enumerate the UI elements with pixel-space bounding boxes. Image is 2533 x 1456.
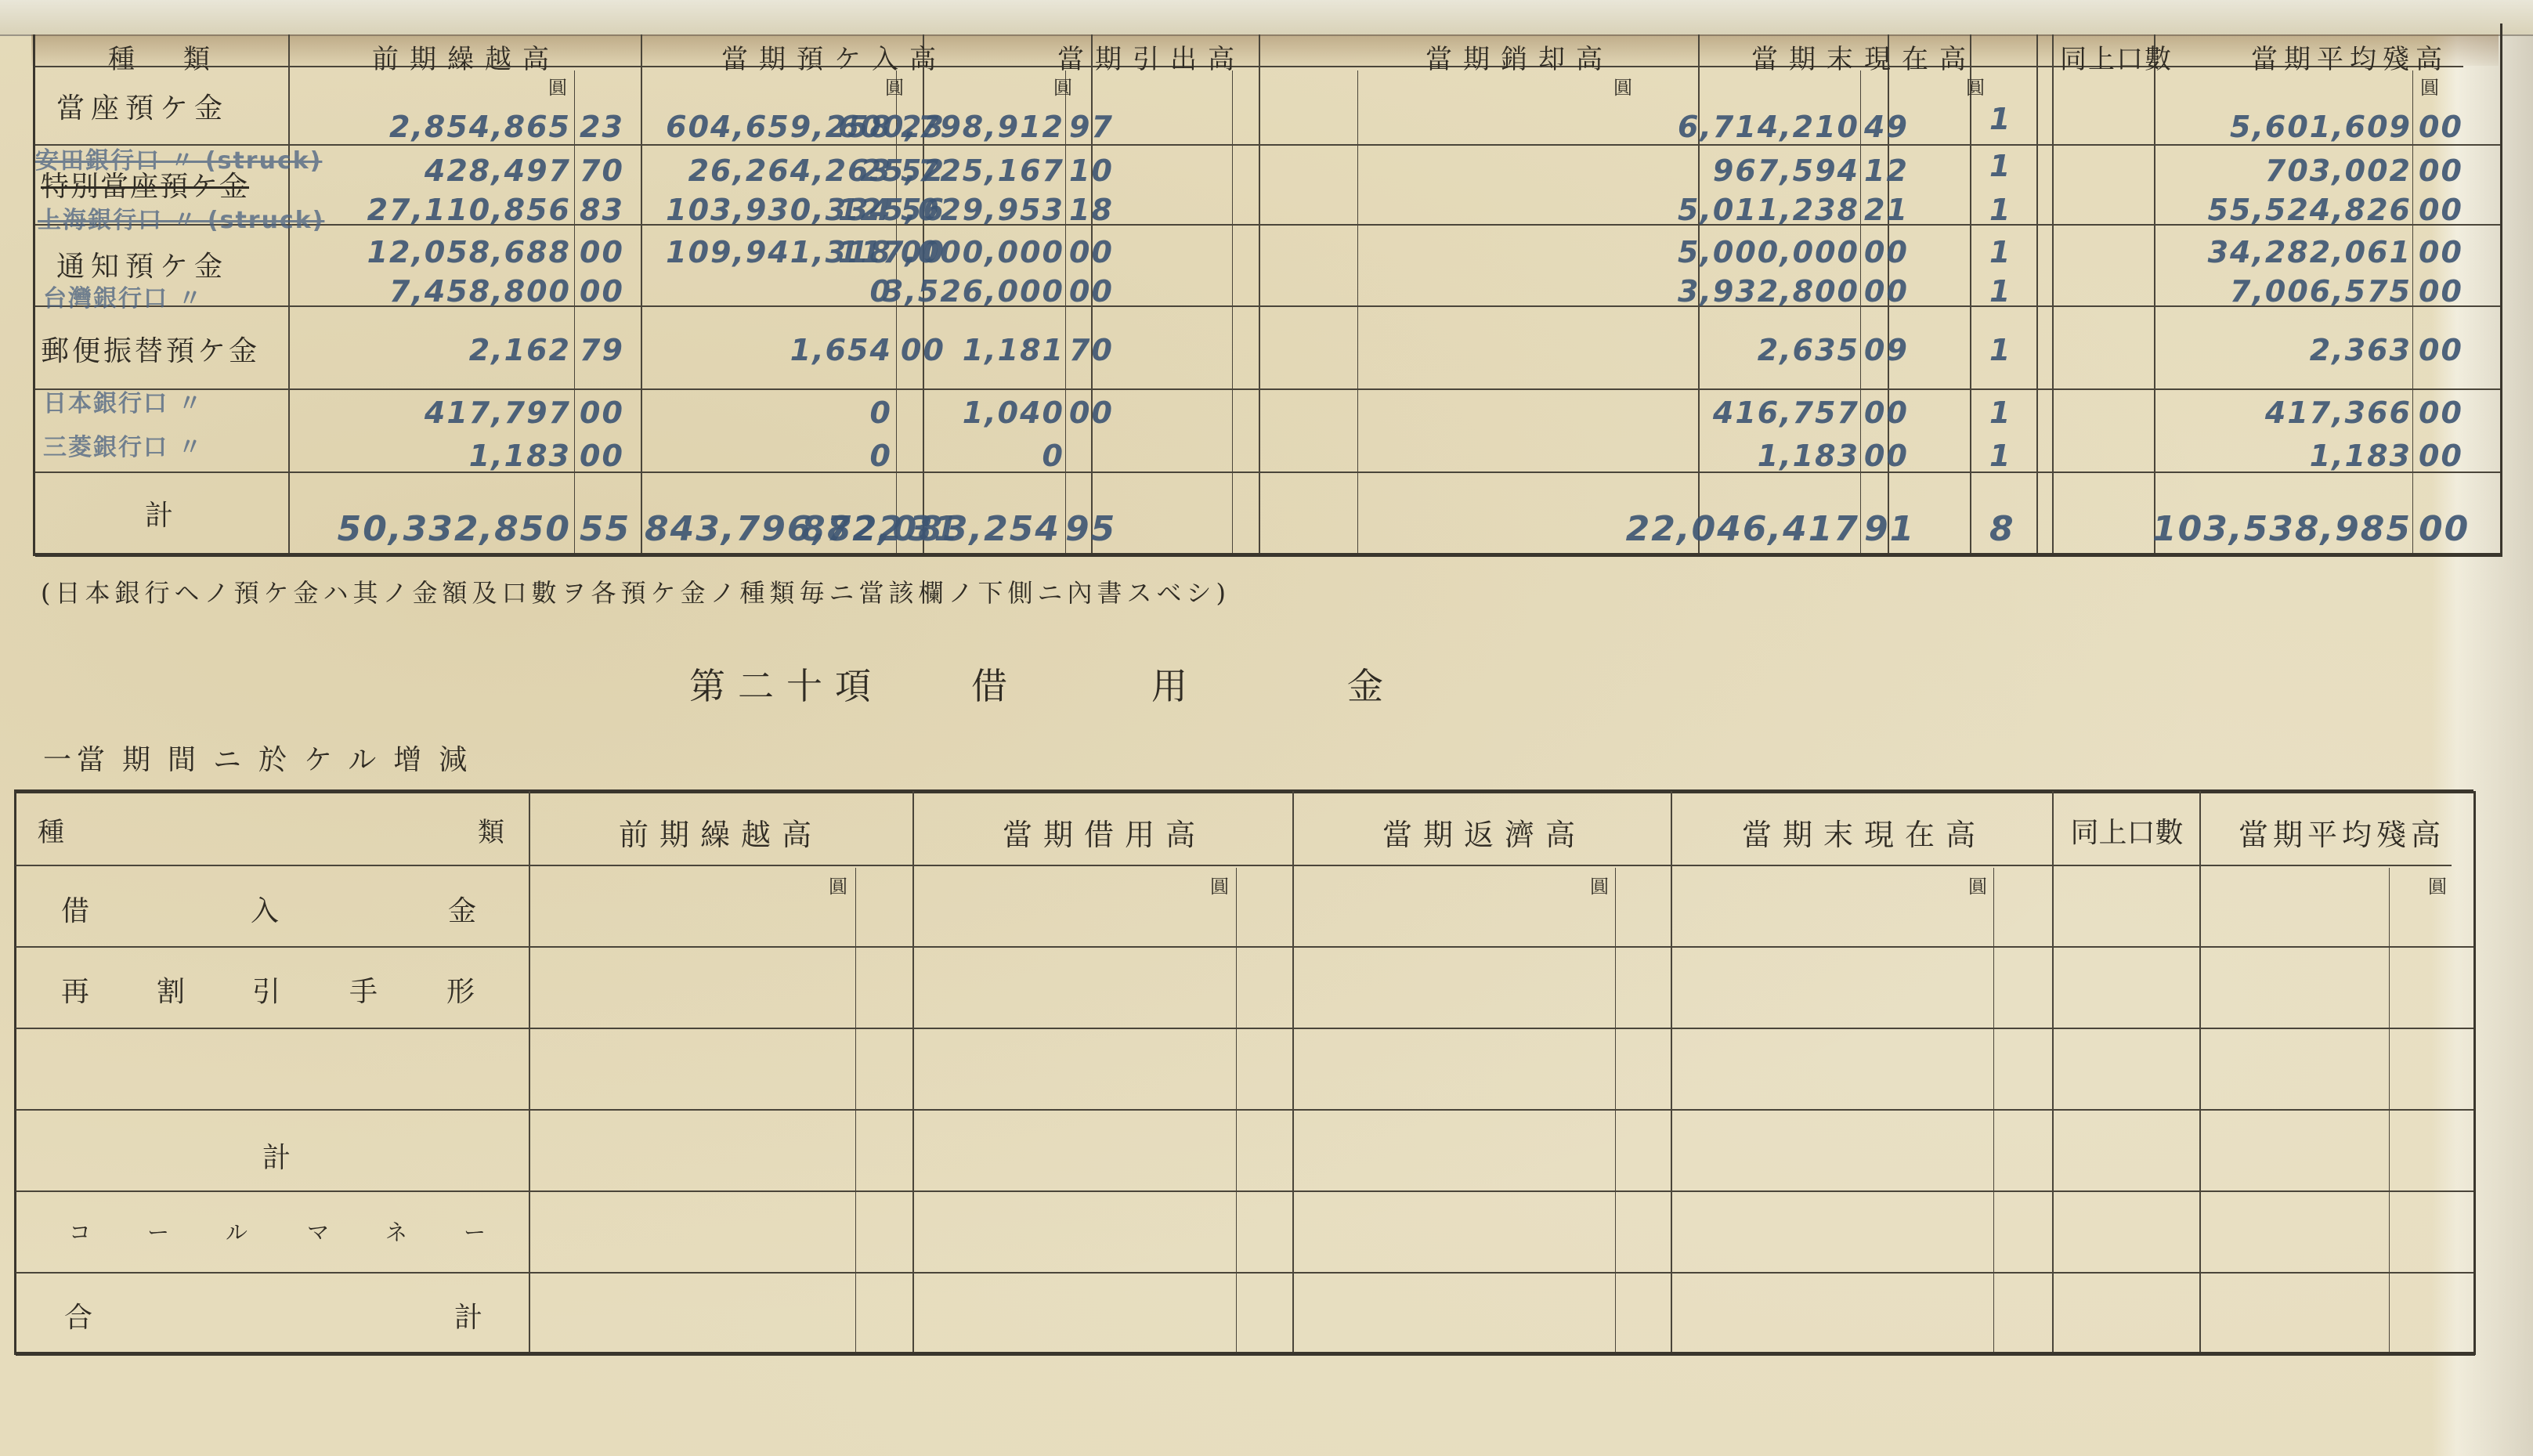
col-sep xyxy=(641,34,642,553)
yen-unit: 圓 xyxy=(1590,871,1609,898)
handwritten-label-shanghai: 上海銀行口 〃 (struck) xyxy=(38,201,324,235)
col-sep xyxy=(2036,34,2038,553)
table2-top-rule xyxy=(14,789,2473,793)
row-rule xyxy=(16,1109,2473,1111)
header-accounts: 同上口數 xyxy=(2046,38,2187,76)
col-sep xyxy=(1259,34,1260,553)
row-label-total: 計 xyxy=(145,493,179,533)
handwritten-label-mitsubishi: 三菱銀行口 〃 xyxy=(43,428,203,462)
table2-bottom-rule xyxy=(16,1352,2475,1356)
col-sep xyxy=(1292,791,1294,1352)
handwritten-label-nippon: 日本銀行口 〃 xyxy=(43,384,203,418)
table1-left-border xyxy=(33,34,35,556)
row-rule xyxy=(16,1028,2473,1029)
yen-unit: 圓 xyxy=(1053,72,1072,99)
col-sep xyxy=(2412,70,2413,553)
table2-left-border xyxy=(14,791,16,1355)
header-end-balance: 當期末現在高 xyxy=(1700,38,2029,76)
header-prev-balance: 前期繰越高 xyxy=(294,38,638,76)
header-type-left: 種 xyxy=(38,811,75,849)
table1-bottom-rule xyxy=(35,553,2502,557)
col-sep xyxy=(1970,34,1971,553)
row-label-postal-transfer-deposits: 郵便振替預ケ金 xyxy=(41,329,260,369)
col-sep xyxy=(1860,70,1861,553)
header-type-right: 類 xyxy=(478,811,515,849)
yen-unit: 圓 xyxy=(2428,871,2447,898)
col-sep xyxy=(2052,34,2054,553)
yen-unit: 圓 xyxy=(1210,871,1229,898)
table2-right-border xyxy=(2473,791,2476,1355)
row-rule xyxy=(16,1272,2473,1274)
row-rule xyxy=(35,471,2500,473)
header-type: 種 類 xyxy=(55,38,274,76)
table1-right-border xyxy=(2500,23,2502,553)
yen-unit: 圓 xyxy=(2420,72,2439,99)
row-rule xyxy=(16,946,2473,948)
header-avg-balance: 當期平均殘高 xyxy=(2217,38,2483,76)
header-prev-balance: 前期繰越高 xyxy=(540,811,901,854)
header-writeoffs: 當期銷却高 xyxy=(1347,38,1692,76)
yen-unit: 圓 xyxy=(1966,72,1985,99)
col-sep xyxy=(2052,791,2054,1352)
col-sep xyxy=(2154,34,2155,553)
row-rule xyxy=(16,1190,2473,1192)
yen-unit: 圓 xyxy=(885,72,904,99)
yen-unit: 圓 xyxy=(829,871,847,898)
table2-header-rule xyxy=(16,865,2452,866)
col-sep xyxy=(912,791,914,1352)
header-borrowed: 當期借用高 xyxy=(924,811,1285,854)
header-end-balance: 當期末現在高 xyxy=(1684,811,2044,854)
row-rule xyxy=(35,388,2500,390)
col-sep xyxy=(2199,791,2201,1352)
header-deposits-in: 當期預ケ入高 xyxy=(646,38,1022,76)
folded-page-edge xyxy=(0,0,2533,36)
col-sep xyxy=(288,34,290,553)
col-sep xyxy=(574,70,575,553)
header-repaid: 當期返濟高 xyxy=(1304,811,1664,854)
row-rule xyxy=(35,144,2500,146)
header-avg-balance: 當期平均殘高 xyxy=(2217,811,2467,854)
col-sep xyxy=(1065,70,1066,553)
header-accounts: 同上口數 xyxy=(2058,811,2195,851)
handwritten-label-taiwan: 台灣銀行口 〃 xyxy=(43,279,203,313)
col-sep xyxy=(1671,791,1672,1352)
yen-unit: 圓 xyxy=(1613,72,1632,99)
header-withdrawals: 當期引出高 xyxy=(995,38,1308,76)
col-sep xyxy=(1357,70,1358,553)
col-sep xyxy=(1232,70,1233,553)
row-label-current-deposits: 當座預ケ金 xyxy=(56,86,229,126)
handwritten-label-yasuda: 安田銀行口 〃 (struck) xyxy=(35,141,322,175)
yen-unit: 圓 xyxy=(1968,871,1987,898)
yen-unit: 圓 xyxy=(548,72,567,99)
col-sep xyxy=(529,791,530,1352)
instruction-note: (日本銀行ヘノ預ケ金ハ其ノ金額及口數ヲ各預ケ金ノ種類毎ニ當該欄ノ下側ニ內書スベシ… xyxy=(41,573,1230,609)
